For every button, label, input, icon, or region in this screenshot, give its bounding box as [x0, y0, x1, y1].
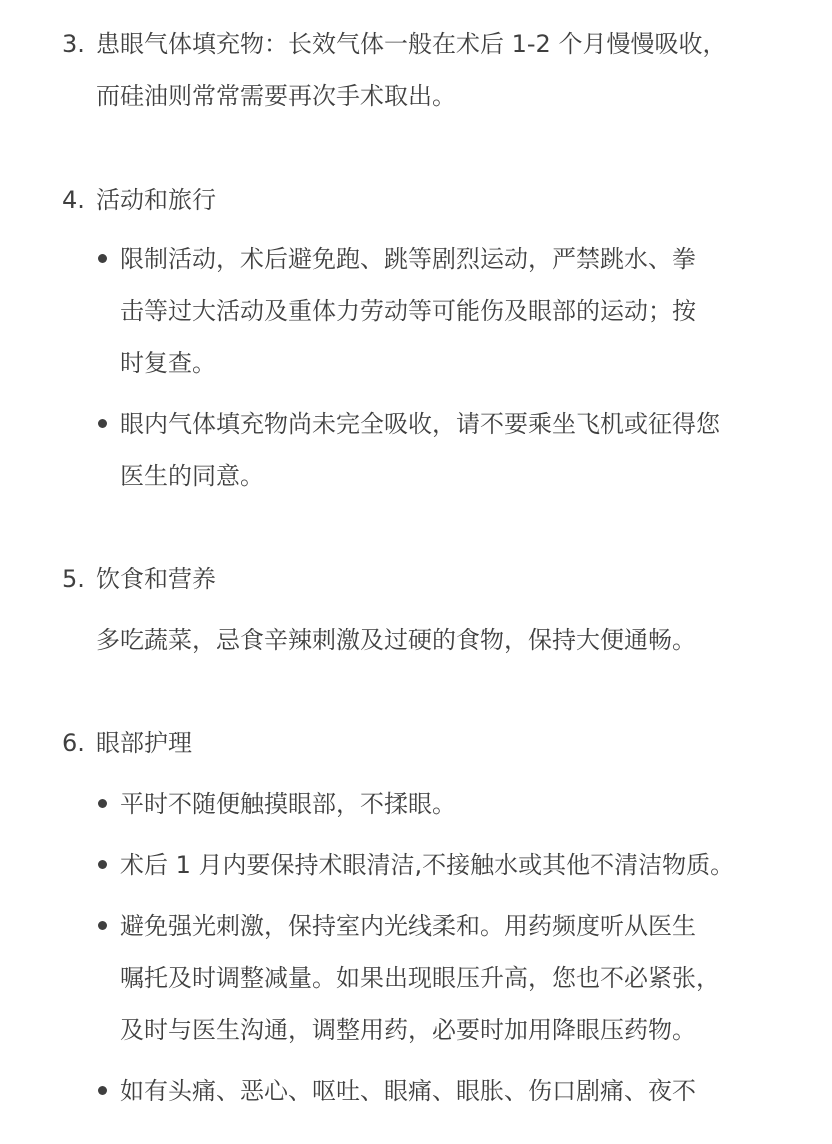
section-number: 4.	[62, 174, 96, 226]
bullet-icon	[98, 921, 107, 930]
section-3-line-2: 而硅油则常常需要再次手术取出。	[96, 70, 456, 122]
section-number: 3.	[62, 18, 96, 70]
list-item-text: 平时不随便触摸眼部，不揉眼。	[120, 778, 456, 830]
list-item-text: 时复查。	[120, 337, 216, 389]
section-title: 眼部护理	[96, 729, 192, 757]
list-item-text: 嘱托及时调整减量。如果出现眼压升高，您也不必紧张，	[120, 952, 720, 1004]
bullet-icon	[98, 254, 107, 263]
section-number: 6.	[62, 717, 96, 769]
section-text: 患眼气体填充物：长效气体一般在术后 1-2 个月慢慢吸收，	[96, 30, 726, 58]
section-title: 活动和旅行	[96, 186, 216, 214]
section-6-heading: 6.眼部护理	[62, 717, 192, 769]
section-3-line-1: 3.患眼气体填充物：长效气体一般在术后 1-2 个月慢慢吸收，	[62, 18, 726, 70]
list-item-text: 避免强光刺激，保持室内光线柔和。用药频度听从医生	[120, 900, 696, 952]
bullet-icon	[98, 1086, 107, 1095]
list-item-text: 如有头痛、恶心、呕吐、眼痛、眼胀、伤口剧痛、夜不	[120, 1065, 696, 1117]
section-5-heading: 5.饮食和营养	[62, 553, 216, 605]
list-item-text: 术后 1 月内要保持术眼清洁,不接触水或其他不清洁物质。	[120, 839, 734, 891]
bullet-icon	[98, 799, 107, 808]
section-5-body: 多吃蔬菜，忌食辛辣刺激及过硬的食物，保持大便通畅。	[96, 614, 696, 666]
section-4-heading: 4.活动和旅行	[62, 174, 216, 226]
section-title: 饮食和营养	[96, 565, 216, 593]
list-item-text: 医生的同意。	[120, 450, 264, 502]
bullet-icon	[98, 860, 107, 869]
list-item-text: 及时与医生沟通，调整用药，必要时加用降眼压药物。	[120, 1004, 696, 1056]
section-number: 5.	[62, 553, 96, 605]
bullet-icon	[98, 419, 107, 428]
list-item-text: 限制活动，术后避免跑、跳等剧烈运动，严禁跳水、拳	[120, 233, 696, 285]
list-item-text: 击等过大活动及重体力劳动等可能伤及眼部的运动；按	[120, 285, 696, 337]
list-item-text: 眼内气体填充物尚未完全吸收，请不要乘坐飞机或征得您	[120, 398, 720, 450]
